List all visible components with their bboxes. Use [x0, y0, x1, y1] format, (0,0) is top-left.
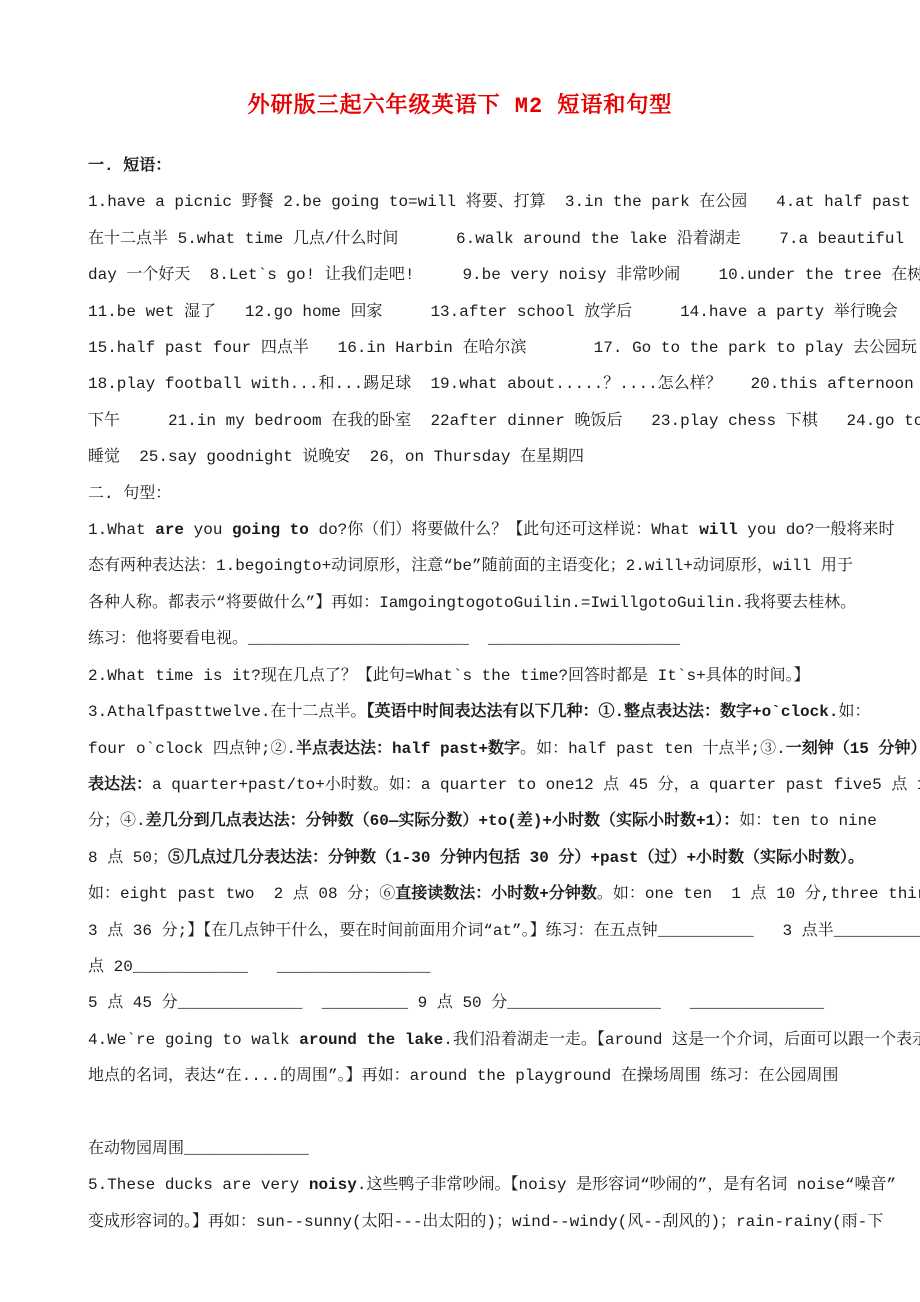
- text-segment: 分；④.: [88, 812, 146, 830]
- doc-line: 睡觉 25.say goodnight 说晚安 26，on Thursday 在…: [88, 439, 880, 475]
- doc-line: 练习：他将要看电视。_______________________ ______…: [88, 621, 880, 657]
- doc-line: 15.half past four 四点半 16.in Harbin 在哈尔滨 …: [88, 330, 880, 366]
- doc-line: 8 点 50；⑤几点过几分表达法：分钟数（1-30 分钟内包括 30 分）+pa…: [88, 840, 880, 876]
- doc-line: 3 点 36 分;】【在几点钟干什么，要在时间前面用介词“at”。】练习：在五点…: [88, 913, 880, 949]
- doc-line: 态有两种表达法：1.begoingto+动词原形，注意“be”随前面的主语变化；…: [88, 548, 880, 584]
- text-segment: 。如：half past ten 十点半;③.: [520, 740, 786, 758]
- text-segment: 3.Athalfpasttwelve.在十二点半。: [88, 703, 366, 721]
- doc-line: four o`clock 四点钟;②.半点表达法：half past+数字。如：…: [88, 731, 880, 767]
- text-segment: 半点表达法：half past+数字: [296, 740, 520, 758]
- doc-line: 在动物园周围_____________: [88, 1131, 880, 1167]
- text-segment: 15.half past four 四点半 16.in Harbin 在哈尔滨 …: [88, 339, 917, 357]
- doc-line: 点 20____________ ________________: [88, 949, 880, 985]
- text-segment: .这些鸭子非常吵闹。【noisy 是形容词“吵闹的”，是有名词 noise“噪音…: [357, 1176, 896, 1194]
- text-segment: around the lake: [299, 1031, 443, 1049]
- text-segment: 【英语中时间表达法有以下几种：①.整点表达法：数字+o`clock.: [366, 703, 838, 721]
- text-segment: you: [184, 521, 232, 539]
- text-segment: 睡觉 25.say goodnight 说晚安 26，on Thursday 在…: [88, 448, 584, 466]
- doc-line: 分；④.差几分到几点表达法：分钟数（60—实际分数）+to(差)+小时数（实际小…: [88, 803, 880, 839]
- text-segment: do?你（们）将要做什么？【此句还可这样说：What: [309, 521, 699, 539]
- doc-line: 5 点 45 分_____________ _________ 9 点 50 分…: [88, 985, 880, 1021]
- doc-line: 4.We`re going to walk around the lake.我们…: [88, 1022, 880, 1058]
- doc-line: day 一个好天 8.Let`s go! 让我们走吧! 9.be very no…: [88, 257, 880, 293]
- text-segment: 下午 21.in my bedroom 在我的卧室 22after dinner…: [88, 412, 920, 430]
- text-segment: 态有两种表达法：1.begoingto+动词原形，注意“be”随前面的主语变化；…: [88, 557, 853, 575]
- text-segment: a quarter+past/to+小时数。如：a quarter to one…: [152, 776, 920, 794]
- text-segment: 各种人称。都表示“将要做什么”】再如：IamgoingtogotoGuilin.…: [88, 594, 856, 612]
- text-segment: you do?一般将来时: [738, 521, 895, 539]
- doc-line: 在十二点半 5.what time 几点/什么时间 6.walk around …: [88, 221, 880, 257]
- doc-line: 表达法：a quarter+past/to+小时数。如：a quarter to…: [88, 767, 880, 803]
- doc-line: 2.What time is it?现在几点了？【此句=What`s the t…: [88, 658, 880, 694]
- text-segment: 4.We`re going to walk: [88, 1031, 299, 1049]
- doc-line: 18.play football with...和...踢足球 19.what …: [88, 366, 880, 402]
- text-segment: 18.play football with...和...踢足球 19.what …: [88, 375, 920, 393]
- text-segment: 点 20____________ ________________: [88, 958, 430, 976]
- doc-line: 3.Athalfpasttwelve.在十二点半。【英语中时间表达法有以下几种：…: [88, 694, 880, 730]
- section-heading: 二. 句型：: [88, 476, 880, 512]
- text-segment: 。如：one ten 1 点 10 分,three thirty-six: [597, 885, 920, 903]
- text-segment: noisy: [309, 1176, 357, 1194]
- text-segment: 变成形容词的。】再如：sun--sunny(太阳---出太阳的)；wind--w…: [88, 1213, 883, 1231]
- text-segment: 一刻钟（15 分钟）: [786, 740, 920, 758]
- doc-line: 1.What are you going to do?你（们）将要做什么？【此句…: [88, 512, 880, 548]
- text-segment: are: [155, 521, 184, 539]
- text-segment: 1.have a picnic 野餐 2.be going to=will 将要…: [88, 193, 920, 211]
- doc-line: 地点的名词，表达“在....的周围”。】再如：around the playgr…: [88, 1058, 880, 1094]
- text-segment: 11.be wet 湿了 12.go home 回家 13.after scho…: [88, 303, 898, 321]
- doc-line: 11.be wet 湿了 12.go home 回家 13.after scho…: [88, 294, 880, 330]
- text-segment: 差几分到几点表达法：分钟数（60—实际分数）+to(差)+小时数（实际小时数+1…: [146, 812, 740, 830]
- text-segment: .我们沿着湖走一走。【around 这是一个介词，后面可以跟一个表示: [443, 1031, 920, 1049]
- document-body: 一. 短语：1.have a picnic 野餐 2.be going to=w…: [0, 148, 920, 1240]
- text-segment: 8 点 50；: [88, 849, 168, 867]
- text-segment: 1.What: [88, 521, 155, 539]
- text-segment: 如：ten to nine: [739, 812, 877, 830]
- text-segment: 如：: [838, 703, 870, 721]
- doc-line: 下午 21.in my bedroom 在我的卧室 22after dinner…: [88, 403, 880, 439]
- page-title: 外研版三起六年级英语下 M2 短语和句型: [0, 0, 920, 124]
- text-segment: 3 点 36 分;】【在几点钟干什么，要在时间前面用介词“at”。】练习：在五点…: [88, 922, 920, 940]
- text-segment: going to: [232, 521, 309, 539]
- document-page: 外研版三起六年级英语下 M2 短语和句型 一. 短语：1.have a picn…: [0, 0, 920, 1302]
- doc-line: 如：eight past two 2 点 08 分；⑥直接读数法：小时数+分钟数…: [88, 876, 880, 912]
- text-segment: 二. 句型：: [88, 485, 171, 503]
- doc-line: 1.have a picnic 野餐 2.be going to=will 将要…: [88, 184, 880, 220]
- doc-line: 变成形容词的。】再如：sun--sunny(太阳---出太阳的)；wind--w…: [88, 1204, 880, 1240]
- doc-line: 5.These ducks are very noisy.这些鸭子非常吵闹。【n…: [88, 1167, 880, 1203]
- text-segment: 在动物园周围_____________: [88, 1140, 309, 1158]
- text-segment: 如：eight past two 2 点 08 分；⑥: [88, 885, 395, 903]
- text-segment: will: [699, 521, 737, 539]
- doc-line: 各种人称。都表示“将要做什么”】再如：IamgoingtogotoGuilin.…: [88, 585, 880, 621]
- text-segment: 5 点 45 分_____________ _________ 9 点 50 分…: [88, 994, 824, 1012]
- section-heading: 一. 短语：: [88, 148, 880, 184]
- text-segment: 表达法：: [88, 776, 152, 794]
- text-segment: 在十二点半 5.what time 几点/什么时间 6.walk around …: [88, 230, 904, 248]
- text-segment: day 一个好天 8.Let`s go! 让我们走吧! 9.be very no…: [88, 266, 920, 284]
- text-segment: 2.What time is it?现在几点了？【此句=What`s the t…: [88, 667, 810, 685]
- text-segment: 直接读数法：小时数+分钟数: [395, 885, 597, 903]
- text-segment: 练习：他将要看电视。_______________________ ______…: [88, 630, 680, 648]
- text-segment: 一. 短语：: [88, 157, 171, 175]
- text-segment: 地点的名词，表达“在....的周围”。】再如：around the playgr…: [88, 1067, 838, 1085]
- text-segment: ⑤几点过几分表达法：分钟数（1-30 分钟内包括 30 分）+past（过）+小…: [168, 849, 864, 867]
- text-segment: four o`clock 四点钟;②.: [88, 740, 296, 758]
- blank-line: [88, 1095, 880, 1131]
- text-segment: 5.These ducks are very: [88, 1176, 309, 1194]
